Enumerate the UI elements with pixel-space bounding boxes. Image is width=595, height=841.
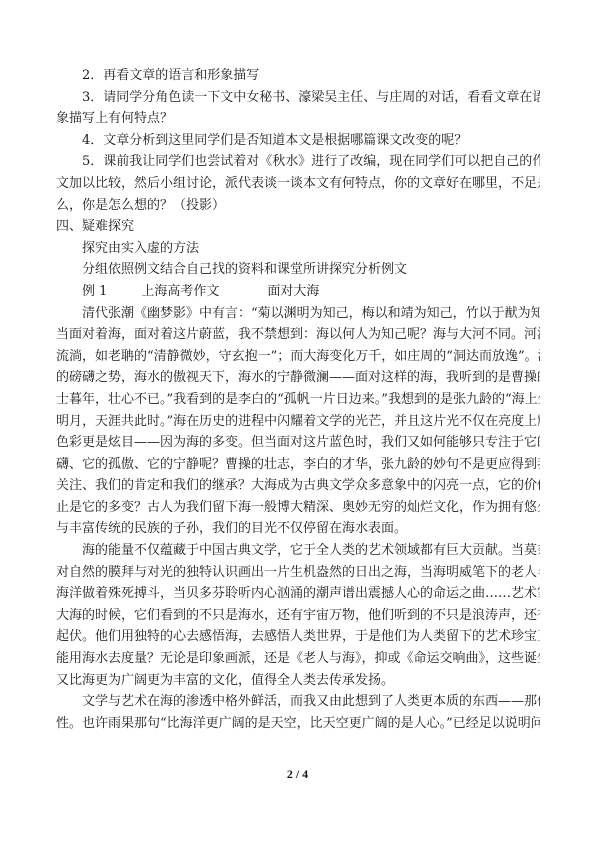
example-label: 例 1 xyxy=(82,284,107,299)
essay-line: 止是它的多变？古人为我们留下海一般博大精深、奥妙无穷的灿烂文化，作为拥有悠久历史 xyxy=(56,497,540,519)
section-heading: 四、疑难探究 xyxy=(56,216,540,238)
text-line: 4．文章分析到这里同学们是否知道本文是根据哪篇课文改变的呢？ xyxy=(56,130,540,152)
essay-line: 海洋做着殊死搏斗，当贝多芬聆听内心汹涌的潮声谱出震撼人心的命运之曲……艺术家面对 xyxy=(56,583,540,605)
text-line: 2．再看文章的语言和形象描写 xyxy=(56,65,540,87)
essay-line: 的磅礴之势，海水的傲视天下，海水的宁静微澜——面对这样的海，我听到的是曹操的“烈 xyxy=(56,367,540,389)
example-header: 例 1上海高考作文面对大海 xyxy=(56,281,540,303)
page-number: 2 / 4 xyxy=(0,767,595,782)
text-line: 分组依照例文结合自己找的资料和课堂所讲探究分析例文 xyxy=(56,259,540,281)
text-line: 3．请同学分角色读一下文中女秘书、濠梁吴主任、与庄周的对话，看看文章在语言和形 xyxy=(56,87,540,109)
text-line: 5．课前我让同学们也尝试着对《秋水》进行了改编，现在同学们可以把自己的作品与本 xyxy=(56,151,540,173)
document-page: 2．再看文章的语言和形象描写 3．请同学分角色读一下文中女秘书、濠梁吴主任、与庄… xyxy=(0,0,595,841)
essay-line: 明月，天涯共此时。”海在历史的进程中闪耀着文学的光芒，并且这片光不仅在亮度上耀眼… xyxy=(56,411,540,433)
document-body: 2．再看文章的语言和形象描写 3．请同学分角色读一下文中女秘书、濠梁吴主任、与庄… xyxy=(56,65,540,734)
essay-line: 清代张潮《幽梦影》中有言：“菊以渊明为知己，梅以和靖为知己，竹以于猷为知己。” xyxy=(56,303,540,325)
essay-line: 文学与艺术在海的渗透中格外鲜活，而我又由此想到了人类更本质的东西——那便是人 xyxy=(56,691,540,713)
essay-line: 士暮年，壮心不已。”我看到的是李白的“孤帆一片日边来。”我想到的是张九龄的“海上… xyxy=(56,389,540,411)
essay-line: 海的能量不仅蕴藏于中国古典文学，它于全人类的艺术领域都有巨大贡献。当莫奈怀着 xyxy=(56,540,540,562)
example-title: 面对大海 xyxy=(267,284,319,299)
example-source: 上海高考作文 xyxy=(141,284,219,299)
essay-line: 当面对着海，面对着这片蔚蓝，我不禁想到：海以何人为知己呢？海与大河不同。河流缓缓 xyxy=(56,324,540,346)
text-line: 么，你是怎么想的？（投影） xyxy=(56,195,540,217)
essay-line: 色彩更是炫目——因为海的多变。但当面对这片蓝色时，我们又如何能够只专注于它的磅 xyxy=(56,432,540,454)
essay-line: 能用海水去度量？无论是印象画派，还是《老人与海》，抑或《命运交响曲》，这些诞生于… xyxy=(56,648,540,670)
essay-line: 礴、它的孤傲、它的宁静呢？曹操的壮志，李白的才华，张九龄的妙句不是更应得到我们的 xyxy=(56,454,540,476)
essay-line: 起伏。他们用独特的心去感悟海，去感悟人类世界，于是他们为人类留下的艺术珍宝又如何 xyxy=(56,626,540,648)
subheading: 探究由实入虚的方法 xyxy=(56,238,540,260)
essay-line: 流淌，如老聃的“清静微妙，守玄抱一”；而大海变化万千，如庄周的“洞达而放逸”。海… xyxy=(56,346,540,368)
essay-line: 又比海更为广阔更为丰富的文化，值得全人类去传承发扬。 xyxy=(56,670,540,692)
essay-line: 与丰富传统的民族的子孙，我们的目光不仅停留在海水表面。 xyxy=(56,518,540,540)
text-line: 文加以比较，然后小组讨论，派代表谈一谈本文有何特点，你的文章好在哪里，不足是什 xyxy=(56,173,540,195)
essay-line: 大海的时候，它们看到的不只是海水，还有宇宙万物，他们听到的不只是浪涛声，还有心潮 xyxy=(56,605,540,627)
essay-line: 对自然的膜拜与对光的独特认识画出一片生机盎然的日出之海，当海明威笔下的老人与澎湃 xyxy=(56,562,540,584)
text-line: 象描写上有何特点？ xyxy=(56,108,540,130)
essay-line: 关注、我们的肯定和我们的继承？大海成为古典文学众多意象中的闪亮一点，它的价值又岂 xyxy=(56,475,540,497)
essay-line: 性。也许雨果那句“比海洋更广阔的是天空，比天空更广阔的是人心。”已经足以说明问题… xyxy=(56,713,540,735)
